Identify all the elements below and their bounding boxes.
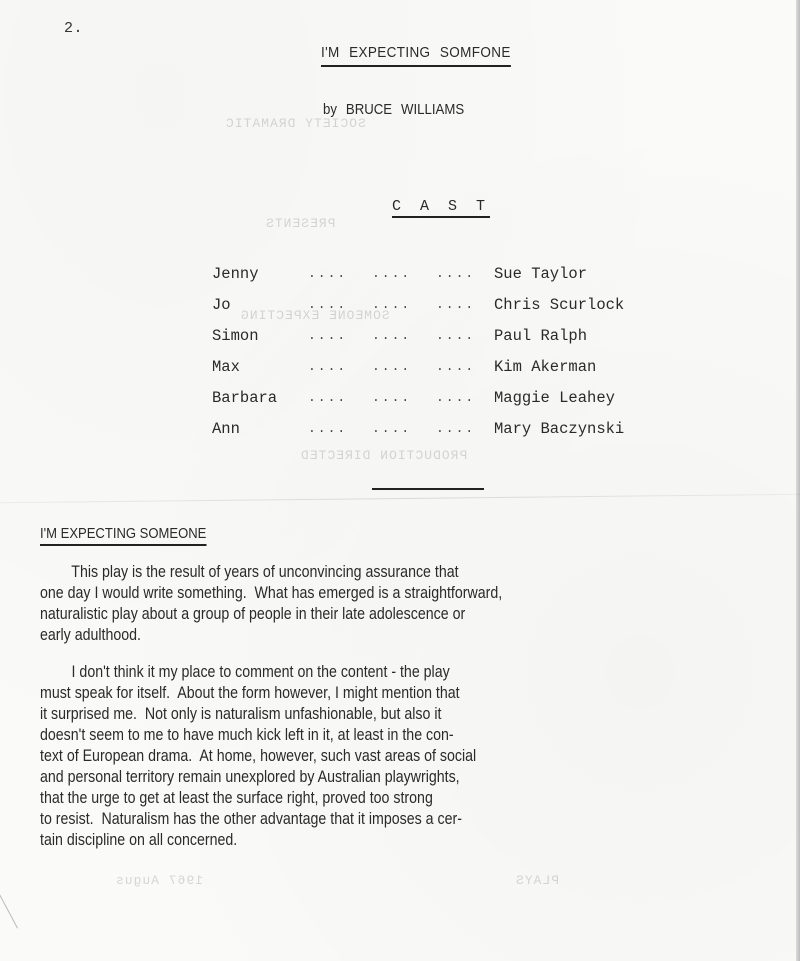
page-edge bbox=[796, 0, 800, 961]
text-line: naturalistic play about a group of peopl… bbox=[40, 604, 694, 625]
paragraph: I don't think it my place to comment on … bbox=[40, 662, 694, 851]
cast-role: Barbara bbox=[212, 389, 308, 407]
cast-row: Ann .... .... .... Mary Baczynski bbox=[212, 413, 672, 444]
dot-leader: .... bbox=[308, 297, 372, 312]
dot-leader: .... bbox=[372, 266, 436, 281]
cast-row: Jo .... .... .... Chris Scurlock bbox=[212, 289, 672, 320]
dot-leader: .... bbox=[372, 390, 436, 405]
paper-fold bbox=[0, 494, 800, 503]
cast-list: Jenny .... .... .... Sue Taylor Jo .... … bbox=[212, 258, 672, 444]
dot-leader: .... bbox=[436, 359, 494, 374]
bleed-through-text: PRODUCTION DIRECTED bbox=[300, 448, 467, 463]
cast-row: Barbara .... .... .... Maggie Leahey bbox=[212, 382, 672, 413]
cast-row: Max .... .... .... Kim Akerman bbox=[212, 351, 672, 382]
dot-leader: .... bbox=[308, 421, 372, 436]
text-line: it surprised me. Not only is naturalism … bbox=[40, 704, 694, 725]
cast-role: Max bbox=[212, 358, 308, 376]
cast-actor: Kim Akerman bbox=[494, 358, 596, 376]
cast-heading: C A S T bbox=[392, 198, 490, 218]
notes-heading: I'M EXPECTING SOMEONE bbox=[40, 526, 206, 546]
cast-role: Jenny bbox=[212, 265, 308, 283]
text-line: text of European drama. At home, however… bbox=[40, 746, 694, 767]
dot-leader: .... bbox=[436, 297, 494, 312]
cast-actor: Sue Taylor bbox=[494, 265, 587, 283]
document-page: SOCIETY DRAMATIC PRESENTS SOMEONE EXPECT… bbox=[0, 0, 800, 961]
cast-actor: Chris Scurlock bbox=[494, 296, 624, 314]
bleed-through-text: SOCIETY DRAMATIC bbox=[225, 116, 366, 131]
margin-mark bbox=[0, 868, 32, 929]
text-line: to resist. Naturalism has the other adva… bbox=[40, 809, 694, 830]
cast-role: Jo bbox=[212, 296, 308, 314]
bleed-through-text: 1967 Augus bbox=[115, 873, 203, 888]
text-line: tain discipline on all concerned. bbox=[40, 830, 694, 851]
dot-leader: .... bbox=[308, 359, 372, 374]
dot-leader: .... bbox=[436, 266, 494, 281]
cast-row: Simon .... .... .... Paul Ralph bbox=[212, 320, 672, 351]
dot-leader: .... bbox=[372, 297, 436, 312]
text-line: one day I would write something. What ha… bbox=[40, 583, 694, 604]
byline: by BRUCE WILLIAMS bbox=[323, 101, 464, 118]
play-title: I'M EXPECTING SOMFONE bbox=[321, 44, 511, 67]
text-line: that the urge to get at least the surfac… bbox=[40, 788, 694, 809]
text-line: This play is the result of years of unco… bbox=[40, 562, 694, 583]
dot-leader: .... bbox=[436, 421, 494, 436]
dot-leader: .... bbox=[436, 390, 494, 405]
dot-leader: .... bbox=[436, 328, 494, 343]
page-number: 2. bbox=[64, 20, 83, 37]
text-line: doesn't seem to me to have much kick lef… bbox=[40, 725, 694, 746]
dot-leader: .... bbox=[372, 421, 436, 436]
dot-leader: .... bbox=[308, 390, 372, 405]
cast-row: Jenny .... .... .... Sue Taylor bbox=[212, 258, 672, 289]
text-line: and personal territory remain unexplored… bbox=[40, 767, 694, 788]
dot-leader: .... bbox=[308, 266, 372, 281]
bleed-through-text: PLAYS bbox=[515, 873, 559, 888]
text-line: must speak for itself. About the form ho… bbox=[40, 683, 694, 704]
cast-actor: Mary Baczynski bbox=[494, 420, 624, 438]
dot-leader: .... bbox=[372, 328, 436, 343]
cast-role: Ann bbox=[212, 420, 308, 438]
cast-actor: Maggie Leahey bbox=[494, 389, 615, 407]
text-line: I don't think it my place to comment on … bbox=[40, 662, 694, 683]
cast-role: Simon bbox=[212, 327, 308, 345]
dot-leader: .... bbox=[372, 359, 436, 374]
section-divider bbox=[372, 488, 484, 490]
cast-actor: Paul Ralph bbox=[494, 327, 587, 345]
text-line: early adulthood. bbox=[40, 625, 694, 646]
paragraph: This play is the result of years of unco… bbox=[40, 562, 694, 646]
dot-leader: .... bbox=[308, 328, 372, 343]
bleed-through-text: PRESENTS bbox=[265, 216, 335, 231]
